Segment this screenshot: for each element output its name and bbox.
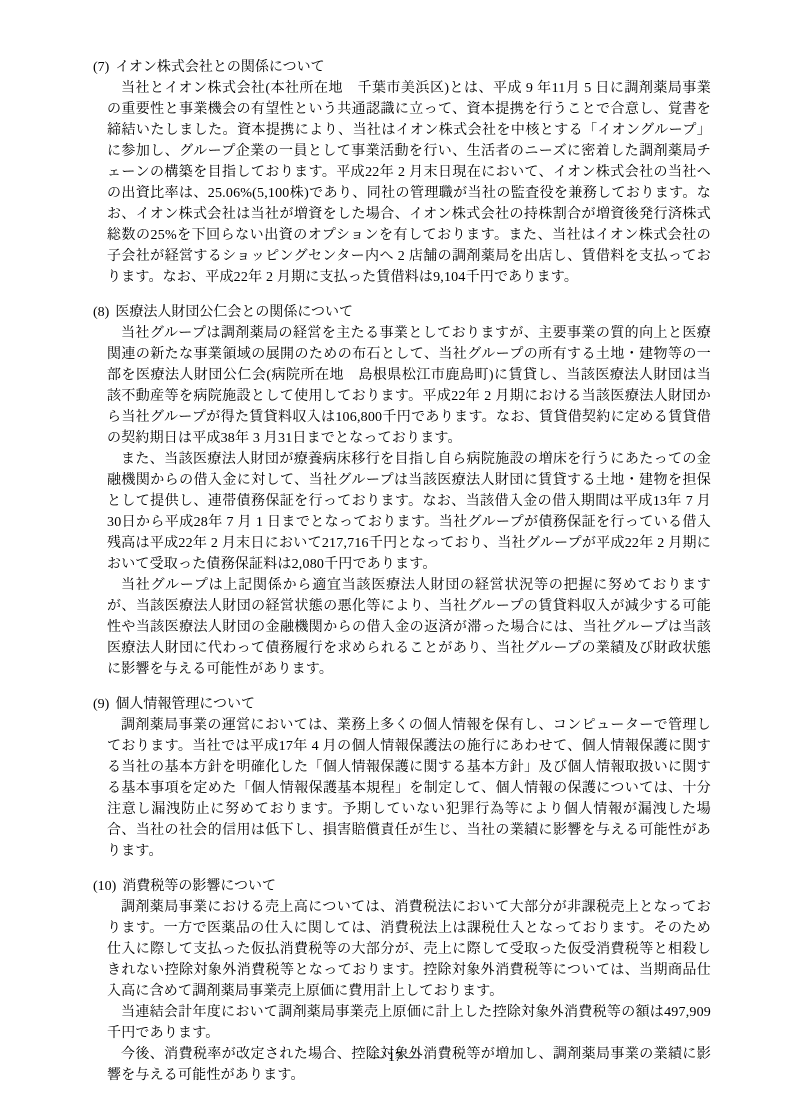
section-9: (9)個人情報管理について 調剤薬局事業の運営においては、業務上多くの個人情報を… xyxy=(93,694,711,862)
section-number: (7) xyxy=(93,57,109,78)
section-number: (9) xyxy=(93,694,109,715)
section-heading: (7)イオン株式会社との関係について xyxy=(93,57,711,78)
paragraph: 調剤薬局事業における売上高については、消費税法において大部分が非課税売上となって… xyxy=(107,897,711,1002)
paragraph: 当連結会計年度において調剤薬局事業売上原価に計上した控除対象外消費税等の額は49… xyxy=(107,1002,711,1044)
section-title: 個人情報管理について xyxy=(115,697,255,712)
risk-sections: (7)イオン株式会社との関係について 当社とイオン株式会社(本社所在地 千葉市美… xyxy=(93,57,711,1086)
section-heading: (10)消費税等の影響について xyxy=(93,876,711,897)
document-page: (7)イオン株式会社との関係について 当社とイオン株式会社(本社所在地 千葉市美… xyxy=(0,0,790,1118)
section-title: イオン株式会社との関係について xyxy=(115,60,324,75)
section-7: (7)イオン株式会社との関係について 当社とイオン株式会社(本社所在地 千葉市美… xyxy=(93,57,711,288)
section-heading: (9)個人情報管理について xyxy=(93,694,711,715)
paragraph: 調剤薬局事業の運営においては、業務上多くの個人情報を保有し、コンピューターで管理… xyxy=(107,715,711,862)
page-number: ― 17 ― xyxy=(371,1050,420,1065)
paragraph: 当社グループは上記関係から適宜当該医療法人財団の経営状況等の把握に努めております… xyxy=(107,575,711,680)
section-number: (8) xyxy=(93,302,109,323)
section-title: 医療法人財団公仁会との関係について xyxy=(115,305,353,320)
paragraph: また、当該医療法人財団が療養病床移行を目指し自ら病院施設の増床を行うにあたっての… xyxy=(107,449,711,575)
paragraph: 当社とイオン株式会社(本社所在地 千葉市美浜区)とは、平成 9 年11月 5 日… xyxy=(107,78,711,288)
page-footer: ― 17 ― xyxy=(0,1047,790,1068)
section-title: 消費税等の影響について xyxy=(122,879,276,894)
section-heading: (8)医療法人財団公仁会との関係について xyxy=(93,302,711,323)
section-8: (8)医療法人財団公仁会との関係について 当社グループは調剤薬局の経営を主たる事… xyxy=(93,302,711,680)
paragraph: 当社グループは調剤薬局の経営を主たる事業としておりますが、主要事業の質的向上と医… xyxy=(107,323,711,449)
section-number: (10) xyxy=(93,876,116,897)
